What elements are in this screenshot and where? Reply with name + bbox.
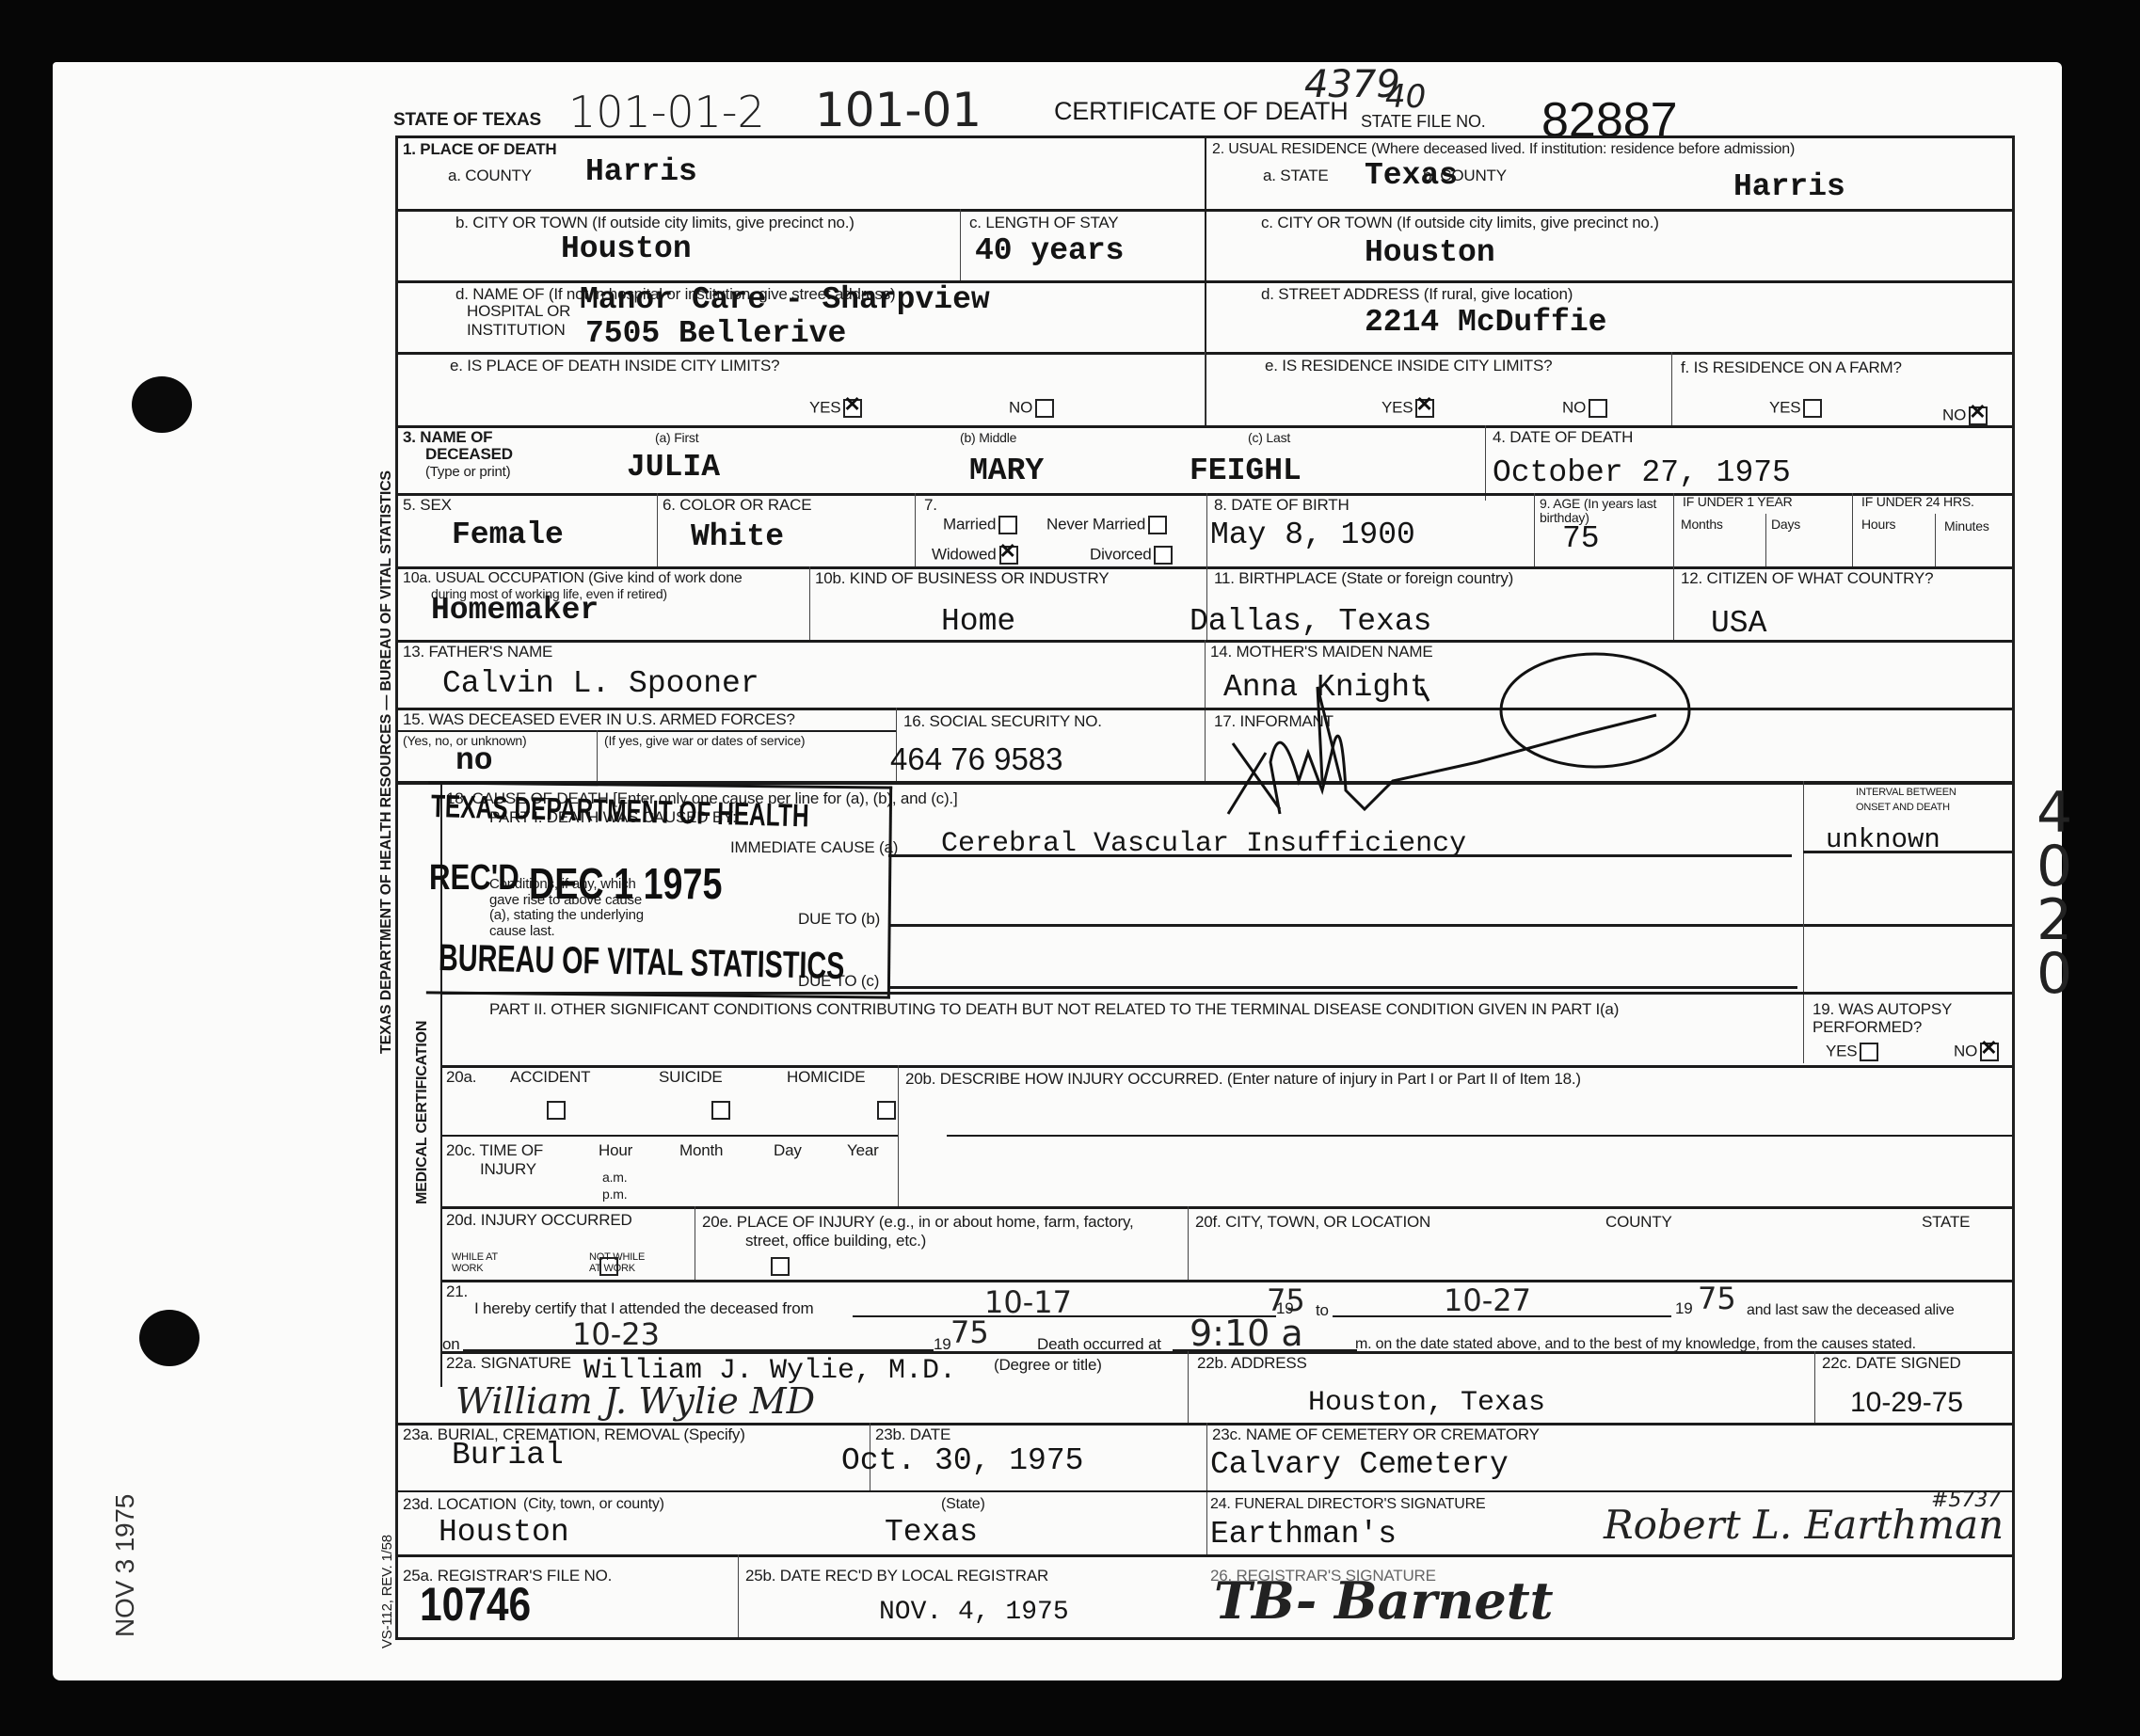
injury-state-label: STATE [1922,1214,1970,1232]
father-name-value: Calvin L. Spooner [442,668,759,699]
divider [738,1554,739,1637]
checkbox[interactable] [1803,399,1822,418]
state-label: STATE OF TEXAS [393,111,541,131]
citizen-value: USA [1711,608,1766,639]
divider [1188,1351,1189,1423]
checkbox-checked[interactable] [999,546,1018,565]
autopsy-label: 19. WAS AUTOPSY PERFORMED? [1813,1001,2010,1036]
cemetery-label: 23c. NAME OF CEMETERY OR CREMATORY [1212,1426,1540,1444]
option-label: Married [943,515,996,533]
cemetery-value: Calvary Cemetery [1210,1449,1509,1480]
homicide-label: HOMICIDE [787,1069,865,1087]
months-label: Months [1681,518,1723,532]
marital-widowed[interactable]: Widowed [932,546,1018,565]
dob-value: May 8, 1900 [1210,519,1415,550]
while-at-work-label: WHILE AT WORK [452,1251,508,1274]
yes-text: YES [1381,398,1413,416]
death-county-value: Harris [585,156,697,187]
length-of-stay-value: 40 years [975,235,1124,266]
date-received-label: 25b. DATE REC'D BY LOCAL REGISTRAR [745,1568,1048,1585]
certification-text-2: and last saw the deceased alive [1747,1302,1955,1319]
interval-value: unknown [1826,826,1940,853]
race-label: 6. COLOR OR RACE [663,497,811,515]
checkbox[interactable] [998,516,1017,534]
form-right-border [2012,135,2015,1639]
divider [1205,352,1206,425]
rule [442,1206,2012,1209]
last-name-label: (c) Last [1248,431,1290,445]
marital-status-label: 7. [924,497,937,515]
street-address-label: d. STREET ADDRESS (If rural, give locati… [1261,286,1573,304]
under-24-hours-label: IF UNDER 24 HRS. [1861,495,1974,509]
physician-signature-label: 22a. SIGNATURE [446,1355,571,1373]
rule [947,1135,2012,1137]
dob-label: 8. DATE OF BIRTH [1214,497,1349,515]
handwritten-code-2: 101-01 [815,87,982,134]
location-label: 23d. LOCATION [403,1496,517,1514]
punch-hole [139,1310,200,1366]
disposition-date-label: 23b. DATE [875,1426,950,1444]
marital-never-married[interactable]: Never Married [1046,516,1167,534]
no-text: NO [1954,1042,1977,1059]
handwritten-code-1: 101-01-2 [568,90,765,134]
pm-label: p.m. [602,1187,627,1202]
minutes-label: Minutes [1944,519,1989,534]
divider [1673,566,1674,640]
county-label: a. COUNTY [448,167,532,185]
stamp-date: DEC 1 1975 [529,858,722,909]
certification-text: I hereby certify that I attended the dec… [474,1300,813,1318]
interval-label: INTERVAL BETWEEN [1856,787,1956,798]
certification-item-label: 21. [446,1283,468,1301]
option-label: Divorced [1090,545,1151,563]
under-1-year-label: IF UNDER 1 YEAR [1683,495,1793,509]
death-city-label: b. CITY OR TOWN (If outside city limits,… [455,215,854,232]
name-label: 3. NAME OF [403,429,492,447]
time-of-injury-label: 20c. TIME OF [446,1142,543,1160]
checkbox-checked[interactable] [1969,406,1988,425]
yes-text: YES [1826,1042,1857,1059]
death-inside-city-yes[interactable]: YES [809,399,862,418]
farm-no[interactable]: NO [1942,406,1988,425]
middle-name-value: MARY [969,455,1044,486]
birthplace-label: 11. BIRTHPLACE (State or foreign country… [1214,570,1513,588]
not-while-at-work-checkbox[interactable] [771,1257,790,1276]
divider [1188,1206,1189,1280]
describe-injury-label: 20b. DESCRIBE HOW INJURY OCCURRED. (Ente… [905,1071,1581,1089]
farm-label: f. IS RESIDENCE ON A FARM? [1681,359,1902,377]
not-while-at-work-label: NOT WHILE AT WORK [589,1251,655,1274]
injury-city-label: 20f. CITY, TOWN, OR LOCATION [1195,1214,1430,1232]
disposition-method-value: Burial [452,1440,564,1471]
right-margin-handwriting: 4020 [2036,787,2074,1001]
state-file-label: STATE FILE NO. [1361,113,1486,132]
no-text: NO [1942,406,1966,423]
margin-date-stamp: NOV 3 1975 [111,1494,140,1637]
first-name-value: JULIA [627,452,720,483]
degree-label: (Degree or title) [994,1357,1102,1375]
rule [888,924,2012,927]
divider [1205,640,1206,781]
form-number: VS-112, REV. 1/58 [380,1535,396,1648]
yes-text: YES [1769,398,1800,416]
checkbox[interactable] [1148,516,1167,534]
funeral-director-number: #5737 [1931,1490,2001,1511]
days-label: Days [1771,518,1800,532]
date-of-death-value: October 27, 1975 [1493,457,1791,488]
place-of-death-label: 1. PLACE OF DEATH [403,141,556,159]
registrar-signature: TB- Barnett [1214,1575,1554,1626]
first-name-label: (a) First [655,431,698,445]
divider [898,1065,899,1206]
last-name-value: FEIGHL [1190,455,1302,486]
form-left-border [395,135,398,1639]
divider [1671,352,1672,425]
father-name-label: 13. FATHER'S NAME [403,644,552,661]
location-city-label: (City, town, or county) [523,1496,664,1513]
middle-name-label: (b) Middle [960,431,1016,445]
registrar-file-no-value: 10746 [420,1581,531,1628]
certification-text-3: m. on the date stated above, and to the … [1355,1336,1916,1353]
am-label: a.m. [602,1171,627,1185]
part-2-label: PART II. OTHER SIGNIFICANT CONDITIONS CO… [489,1001,1619,1019]
occupation-label: 10a. USUAL OCCUPATION (Give kind of work… [403,570,743,587]
residence-inside-city-no[interactable]: NO [1562,399,1607,418]
institution-address-value: 7505 Bellerive [585,318,846,349]
attended-to-date: 10-27 [1444,1285,1531,1315]
institution-label-2: HOSPITAL OR [467,303,570,321]
location-city-value: Houston [439,1517,569,1548]
form-bottom-border [395,1637,2014,1640]
time-of-injury-label-2: INJURY [480,1161,536,1179]
ssn-value: 464 76 9583 [890,743,1063,774]
year-prefix: 19 [1675,1300,1693,1318]
medical-certification-label: MEDICAL CERTIFICATION [414,1021,431,1204]
handwritten-number-2: 40 [1385,81,1426,113]
name-label-3: (Type or print) [425,465,510,481]
punch-hole [132,376,192,433]
industry-value: Home [941,606,1015,637]
autopsy-yes[interactable]: YES [1826,1043,1878,1061]
informant-signature [1214,649,1873,819]
injury-county-label: COUNTY [1605,1214,1672,1232]
rule [442,1280,2012,1282]
location-state-value: Texas [885,1517,978,1548]
divider [1673,493,1674,566]
rule [397,1554,2012,1557]
divider [1935,514,1936,566]
funeral-home-value: Earthman's [1210,1519,1397,1550]
year-label: Year [847,1142,879,1160]
divider [960,209,961,280]
vertical-agency-text: TEXAS DEPARTMENT OF HEALTH RESOURCES — B… [378,470,395,1054]
race-value: White [691,521,784,552]
attended-from-date: 10-17 [984,1287,1072,1317]
day-label: Day [774,1142,802,1160]
divider [1803,781,1804,1063]
rule [397,425,2012,428]
autopsy-no[interactable]: NO [1954,1043,1999,1061]
to-label: to [1316,1302,1329,1320]
age-value: 75 [1562,523,1600,554]
injury-type-label: 20a. [446,1069,476,1087]
disposition-date-value: Oct. 30, 1975 [841,1445,1083,1476]
divider [657,493,658,566]
date-of-death-label: 4. DATE OF DEATH [1493,429,1633,447]
yes-text: YES [809,398,840,416]
death-time-value: 9:10 a [1190,1315,1303,1351]
option-label: Widowed [932,545,997,563]
ssn-label: 16. SOCIAL SECURITY NO. [903,713,1102,731]
rule [397,730,896,732]
death-city-value: Houston [561,233,692,264]
farm-yes[interactable]: YES [1769,399,1822,418]
option-label: Never Married [1046,515,1145,533]
residence-county-label: b. COUNTY [1423,167,1507,185]
residence-city-label: c. CITY OR TOWN (If outside city limits,… [1261,215,1659,232]
last-seen-year: 75 [950,1317,989,1347]
residence-inside-city-yes[interactable]: YES [1381,399,1434,418]
length-of-stay-label: c. LENGTH OF STAY [969,215,1118,232]
death-inside-city-label: e. IS PLACE OF DEATH INSIDE CITY LIMITS? [450,358,779,375]
residence-inside-city-label: e. IS RESIDENCE INSIDE CITY LIMITS? [1265,358,1552,375]
occupation-value: Homemaker [431,595,599,626]
homicide-checkbox[interactable] [877,1101,896,1120]
industry-label: 10b. KIND OF BUSINESS OR INDUSTRY [815,570,1109,588]
divider [1852,493,1853,566]
checkbox[interactable] [1860,1043,1878,1061]
divider [915,493,916,566]
street-address-value: 2214 McDuffie [1365,307,1606,338]
no-text: NO [1562,398,1586,416]
checkbox-checked[interactable] [843,399,862,418]
divider [809,566,810,640]
hour-label: Hour [599,1142,632,1160]
institution-label-3: INSTITUTION [467,322,566,340]
interval-label-2: ONSET AND DEATH [1856,802,1950,813]
place-of-injury-label-2: street, office building, etc.) [745,1233,926,1250]
injury-occurred-label: 20d. INJURY OCCURRED [446,1212,632,1230]
checkbox[interactable] [1589,399,1607,418]
marital-divorced[interactable]: Divorced [1090,546,1173,565]
date-signed-value: 10-29-75 [1850,1389,1963,1417]
attended-from-year: 75 [1267,1285,1305,1315]
certificate-paper [53,62,2062,1680]
suicide-checkbox[interactable] [711,1101,730,1120]
divider [1485,425,1486,501]
hours-label: Hours [1861,518,1895,532]
stamp-received-label: REC'D [429,858,519,899]
sex-label: 5. SEX [403,497,452,515]
armed-forces-value: no [455,745,493,776]
suicide-label: SUICIDE [659,1069,723,1087]
checkbox-checked[interactable] [1415,399,1434,418]
no-text: NO [1009,398,1032,416]
divider [597,730,598,781]
month-label: Month [679,1142,723,1160]
checkbox-checked[interactable] [1980,1043,1999,1061]
accident-checkbox[interactable] [547,1101,566,1120]
checkbox[interactable] [1154,546,1173,565]
residence-county-value: Harris [1733,171,1845,202]
stamp-bureau: BUREAU OF VITAL STATISTICS [439,937,845,988]
death-inside-city-no[interactable]: NO [1009,399,1054,418]
attended-to-year: 75 [1698,1283,1736,1314]
physician-address-value: Houston, Texas [1308,1389,1545,1417]
divider [1206,1423,1207,1554]
rule [397,1490,2012,1492]
citizen-label: 12. CITIZEN OF WHAT COUNTRY? [1681,570,1933,588]
divider [1206,493,1207,566]
date-received-value: NOV. 4, 1975 [879,1600,1069,1626]
armed-forces-label: 15. WAS DECEASED EVER IN U.S. ARMED FORC… [403,711,795,729]
age-label: 9. AGE (In years last birthday) [1540,497,1671,526]
date-signed-label: 22c. DATE SIGNED [1822,1355,1961,1373]
funeral-director-label: 24. FUNERAL DIRECTOR'S SIGNATURE [1210,1496,1485,1513]
physician-signature: William J. Wylie MD [455,1383,815,1419]
divider [1765,514,1766,566]
accident-label: ACCIDENT [510,1069,590,1087]
last-seen-date: 10-23 [572,1319,660,1349]
divider [1814,1351,1815,1423]
physician-address-label: 22b. ADDRESS [1197,1355,1307,1373]
location-state-label: (State) [941,1496,985,1513]
rule [442,1135,898,1137]
usual-residence-label: 2. USUAL RESIDENCE (Where deceased lived… [1212,141,1795,158]
rule [397,209,2012,212]
name-label-2: DECEASED [425,446,513,464]
rule [1803,851,2012,853]
armed-forces-service-label: (If yes, give war or dates of service) [604,734,805,748]
rule [888,986,1797,989]
institution-name-value: Manor Care - Sharpview [580,284,990,315]
divider [695,1206,695,1280]
divider [1534,493,1535,566]
residence-city-value: Houston [1365,237,1495,268]
place-of-injury-label: 20e. PLACE OF INJURY (e.g., in or about … [702,1214,1134,1232]
residence-state-label: a. STATE [1263,167,1329,185]
birthplace-value: Dallas, Texas [1190,606,1431,637]
rule [888,854,1792,857]
marital-married[interactable]: Married [943,516,1017,534]
checkbox[interactable] [1035,399,1054,418]
sex-value: Female [452,519,564,550]
